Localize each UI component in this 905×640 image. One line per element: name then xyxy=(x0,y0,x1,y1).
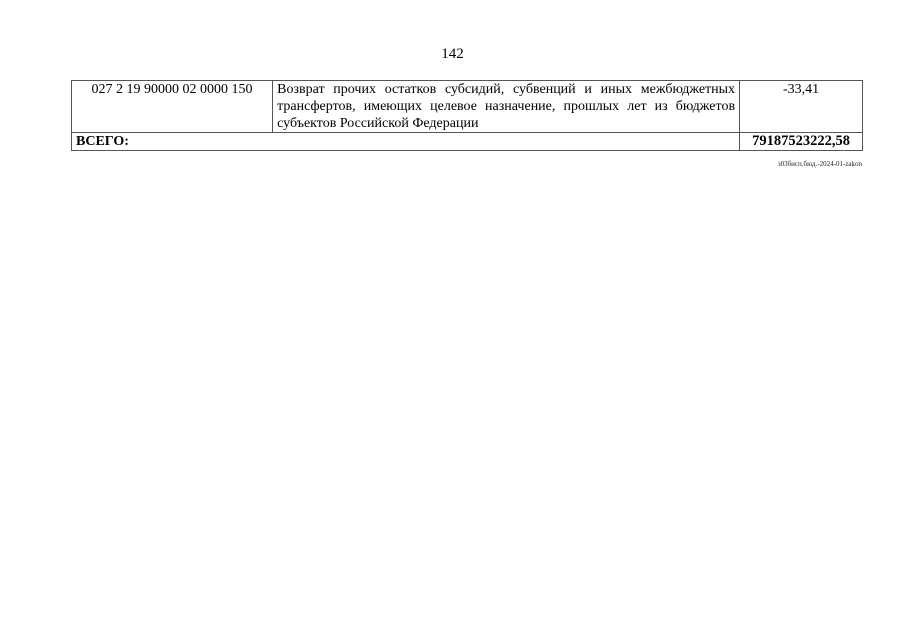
page-number: 142 xyxy=(0,45,905,63)
budget-code-cell: 027 2 19 90000 02 0000 150 xyxy=(72,81,273,133)
total-label: ВСЕГО: xyxy=(72,133,740,151)
document-footer-code: з03бисп.бюд.-2024-01-zakon xyxy=(778,160,862,169)
amount-cell: -33,41 xyxy=(740,81,863,133)
description-cell: Возврат прочих остатков субсидий, субвен… xyxy=(273,81,740,133)
budget-table: 027 2 19 90000 02 0000 150 Возврат прочи… xyxy=(71,80,863,151)
total-row: ВСЕГО: 79187523222,58 xyxy=(72,133,863,151)
total-amount: 79187523222,58 xyxy=(740,133,863,151)
table-row: 027 2 19 90000 02 0000 150 Возврат прочи… xyxy=(72,81,863,133)
